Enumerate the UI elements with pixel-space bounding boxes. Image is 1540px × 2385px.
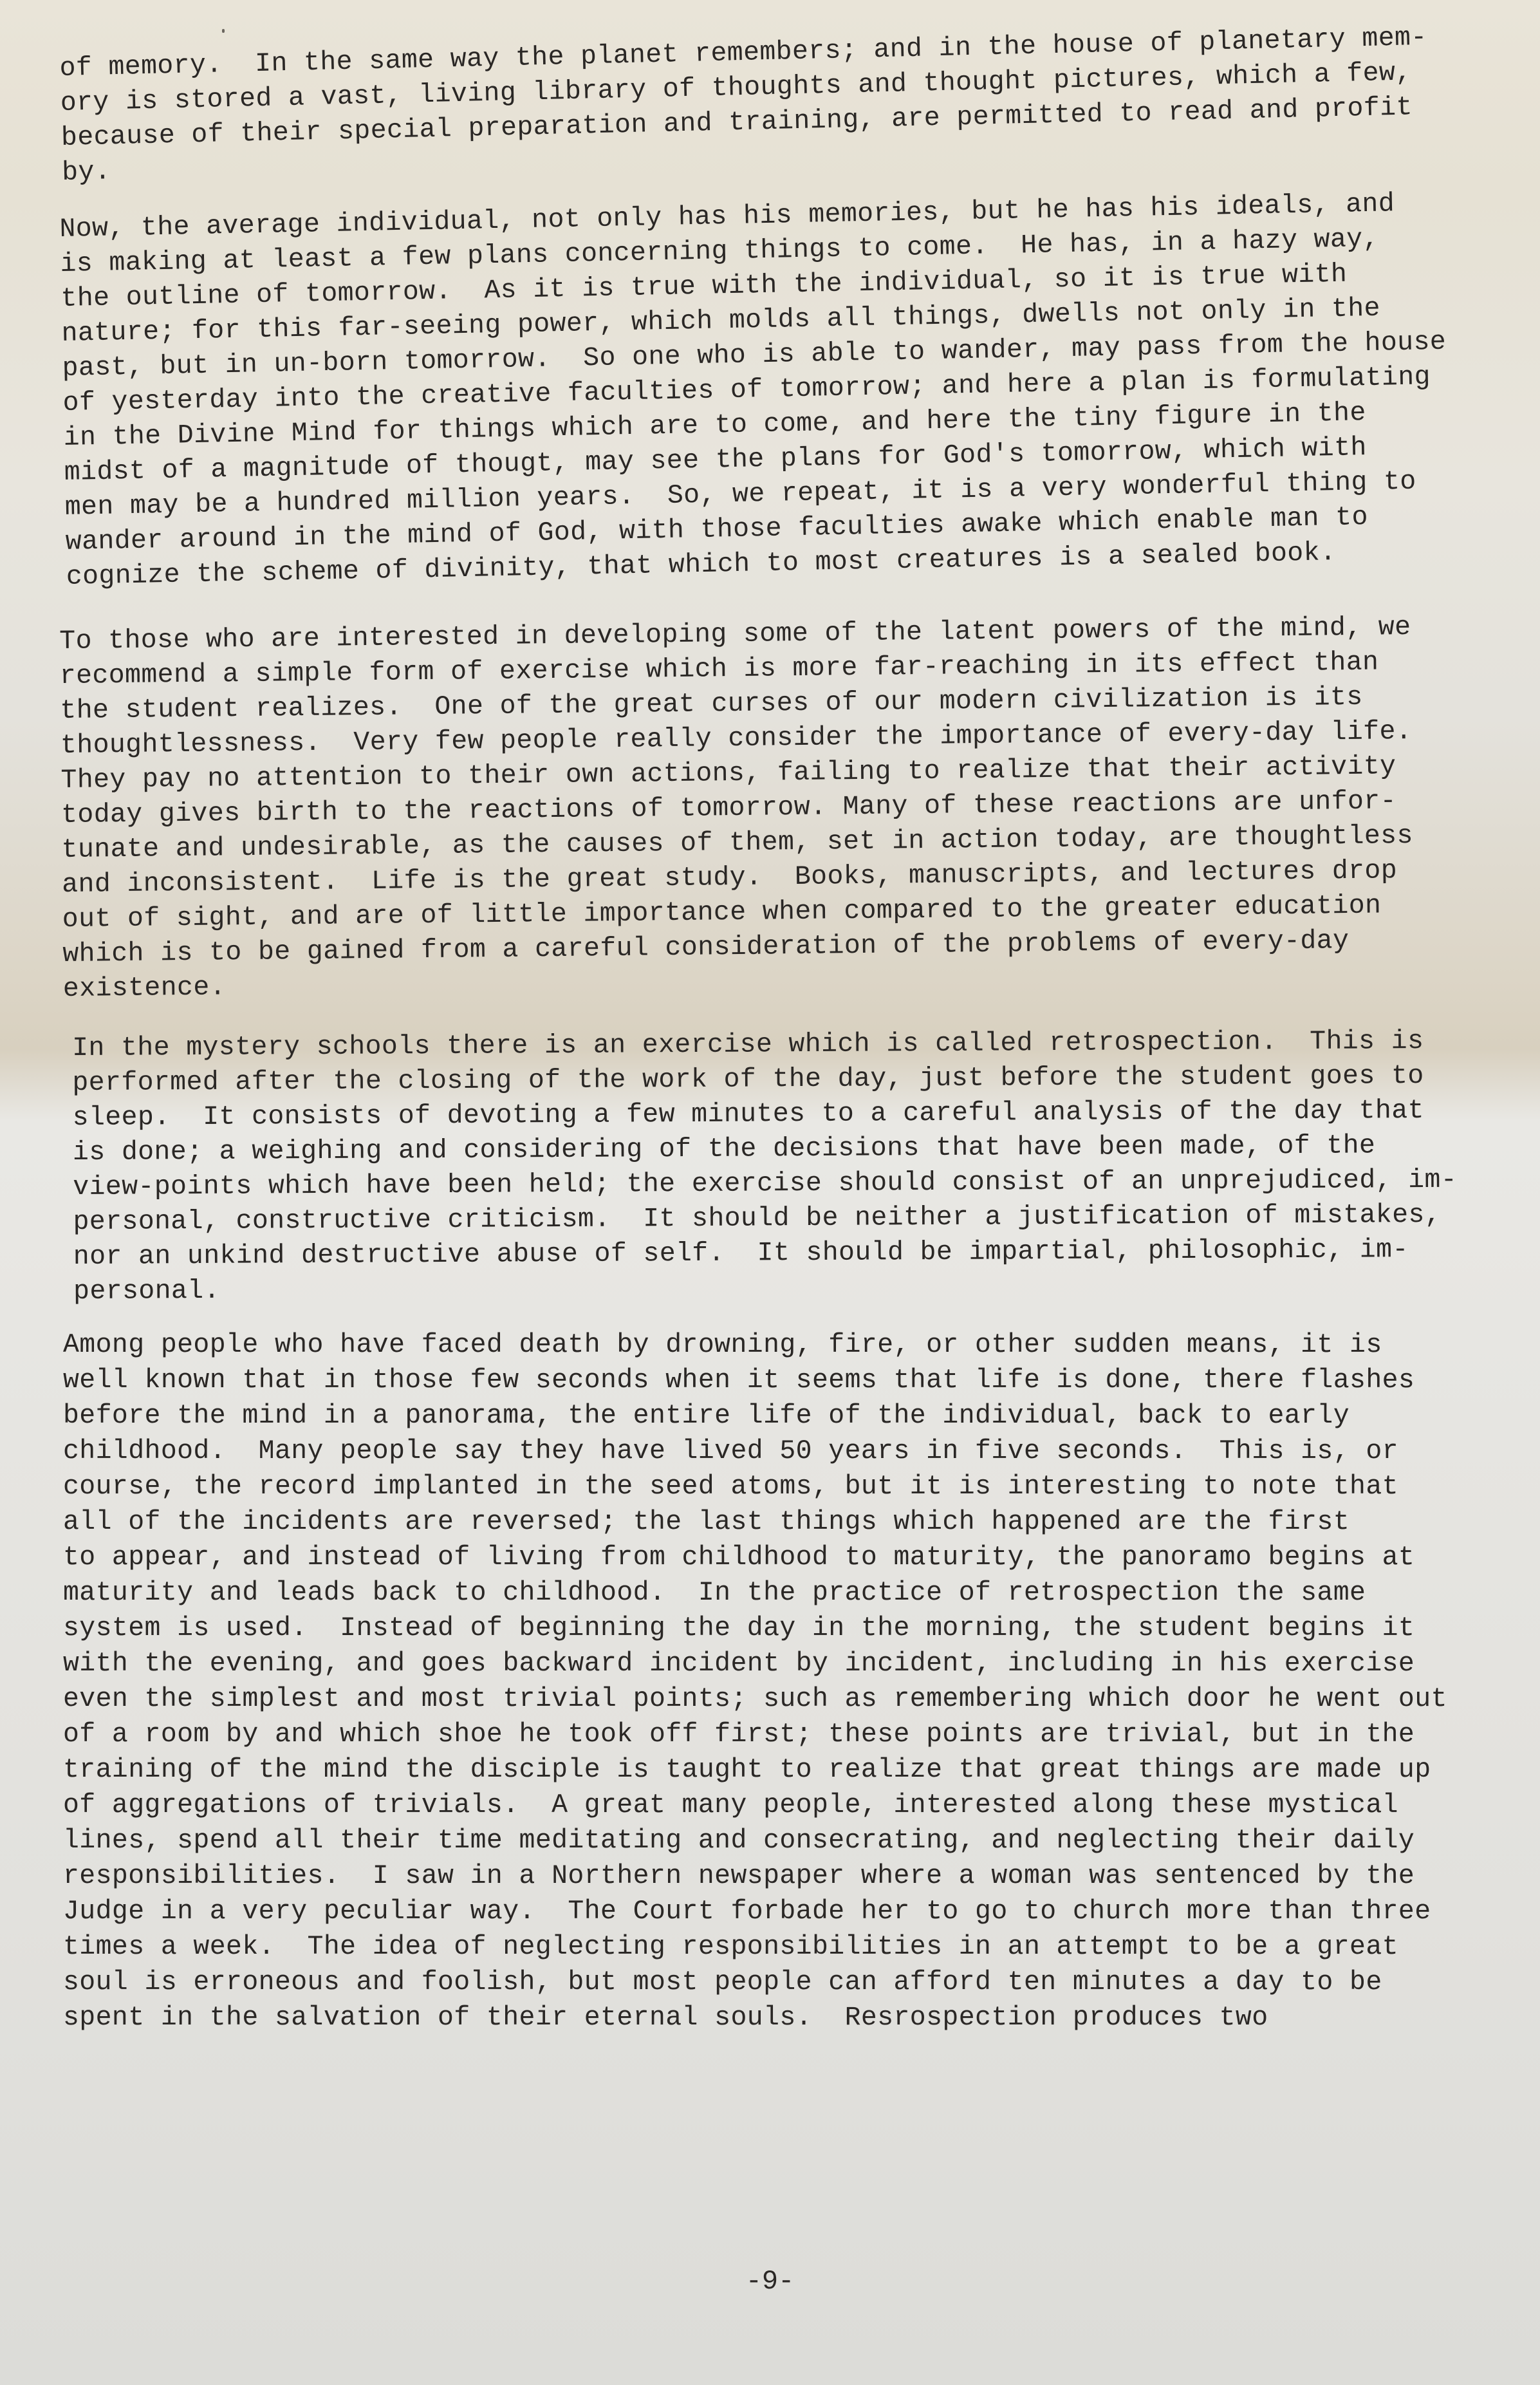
text-line: of aggregations of trivials. A great man…: [63, 1788, 1447, 1823]
text-line: childhood. Many people say they have liv…: [63, 1434, 1447, 1469]
text-line: soul is erroneous and foolish, but most …: [63, 1965, 1447, 2000]
text-line: of a room by and which shoe he took off …: [63, 1717, 1447, 1752]
text-line: even the simplest and most trivial point…: [63, 1681, 1447, 1717]
text-line: before the mind in a panorama, the entir…: [63, 1398, 1447, 1434]
text-line: system is used. Instead of beginning the…: [63, 1611, 1447, 1646]
text-line: times a week. The idea of neglecting res…: [63, 1929, 1447, 1965]
paragraph-panorama: Among people who have faced death by dro…: [63, 1327, 1447, 2035]
text-line: Judge in a very peculiar way. The Court …: [63, 1894, 1447, 1929]
text-line: course, the record implanted in the seed…: [63, 1469, 1447, 1504]
text-line: to appear, and instead of living from ch…: [63, 1540, 1447, 1575]
paper-speck: [222, 29, 225, 33]
text-line: with the evening, and goes backward inci…: [63, 1646, 1447, 1681]
text-line: maturity and leads back to childhood. In…: [63, 1575, 1447, 1611]
page-number: -9-: [0, 2266, 1540, 2297]
text-line: lines, spend all their time meditating a…: [63, 1823, 1447, 1858]
text-line: Among people who have faced death by dro…: [63, 1327, 1447, 1363]
paragraph-planetary-memory: of memory. In the same way the planet re…: [59, 21, 1430, 191]
paragraph-average-individual: Now, the average individual, not only ha…: [59, 186, 1451, 595]
paragraph-retrospection: In the mystery schools there is an exerc…: [72, 1024, 1458, 1309]
text-line: all of the incidents are reversed; the l…: [63, 1504, 1447, 1540]
text-line: responsibilities. I saw in a Northern ne…: [63, 1858, 1447, 1894]
paragraph-exercise-recommendation: To those who are interested in developin…: [59, 610, 1415, 1007]
text-line: nor an unkind destructive abuse of self.…: [73, 1233, 1458, 1275]
text-line: personal.: [73, 1267, 1458, 1309]
text-line: well known that in those few seconds whe…: [63, 1363, 1447, 1398]
text-line: spent in the salvation of their eternal …: [63, 2000, 1447, 2035]
document-page: of memory. In the same way the planet re…: [0, 0, 1540, 2385]
text-line: training of the mind the disciple is tau…: [63, 1752, 1447, 1788]
